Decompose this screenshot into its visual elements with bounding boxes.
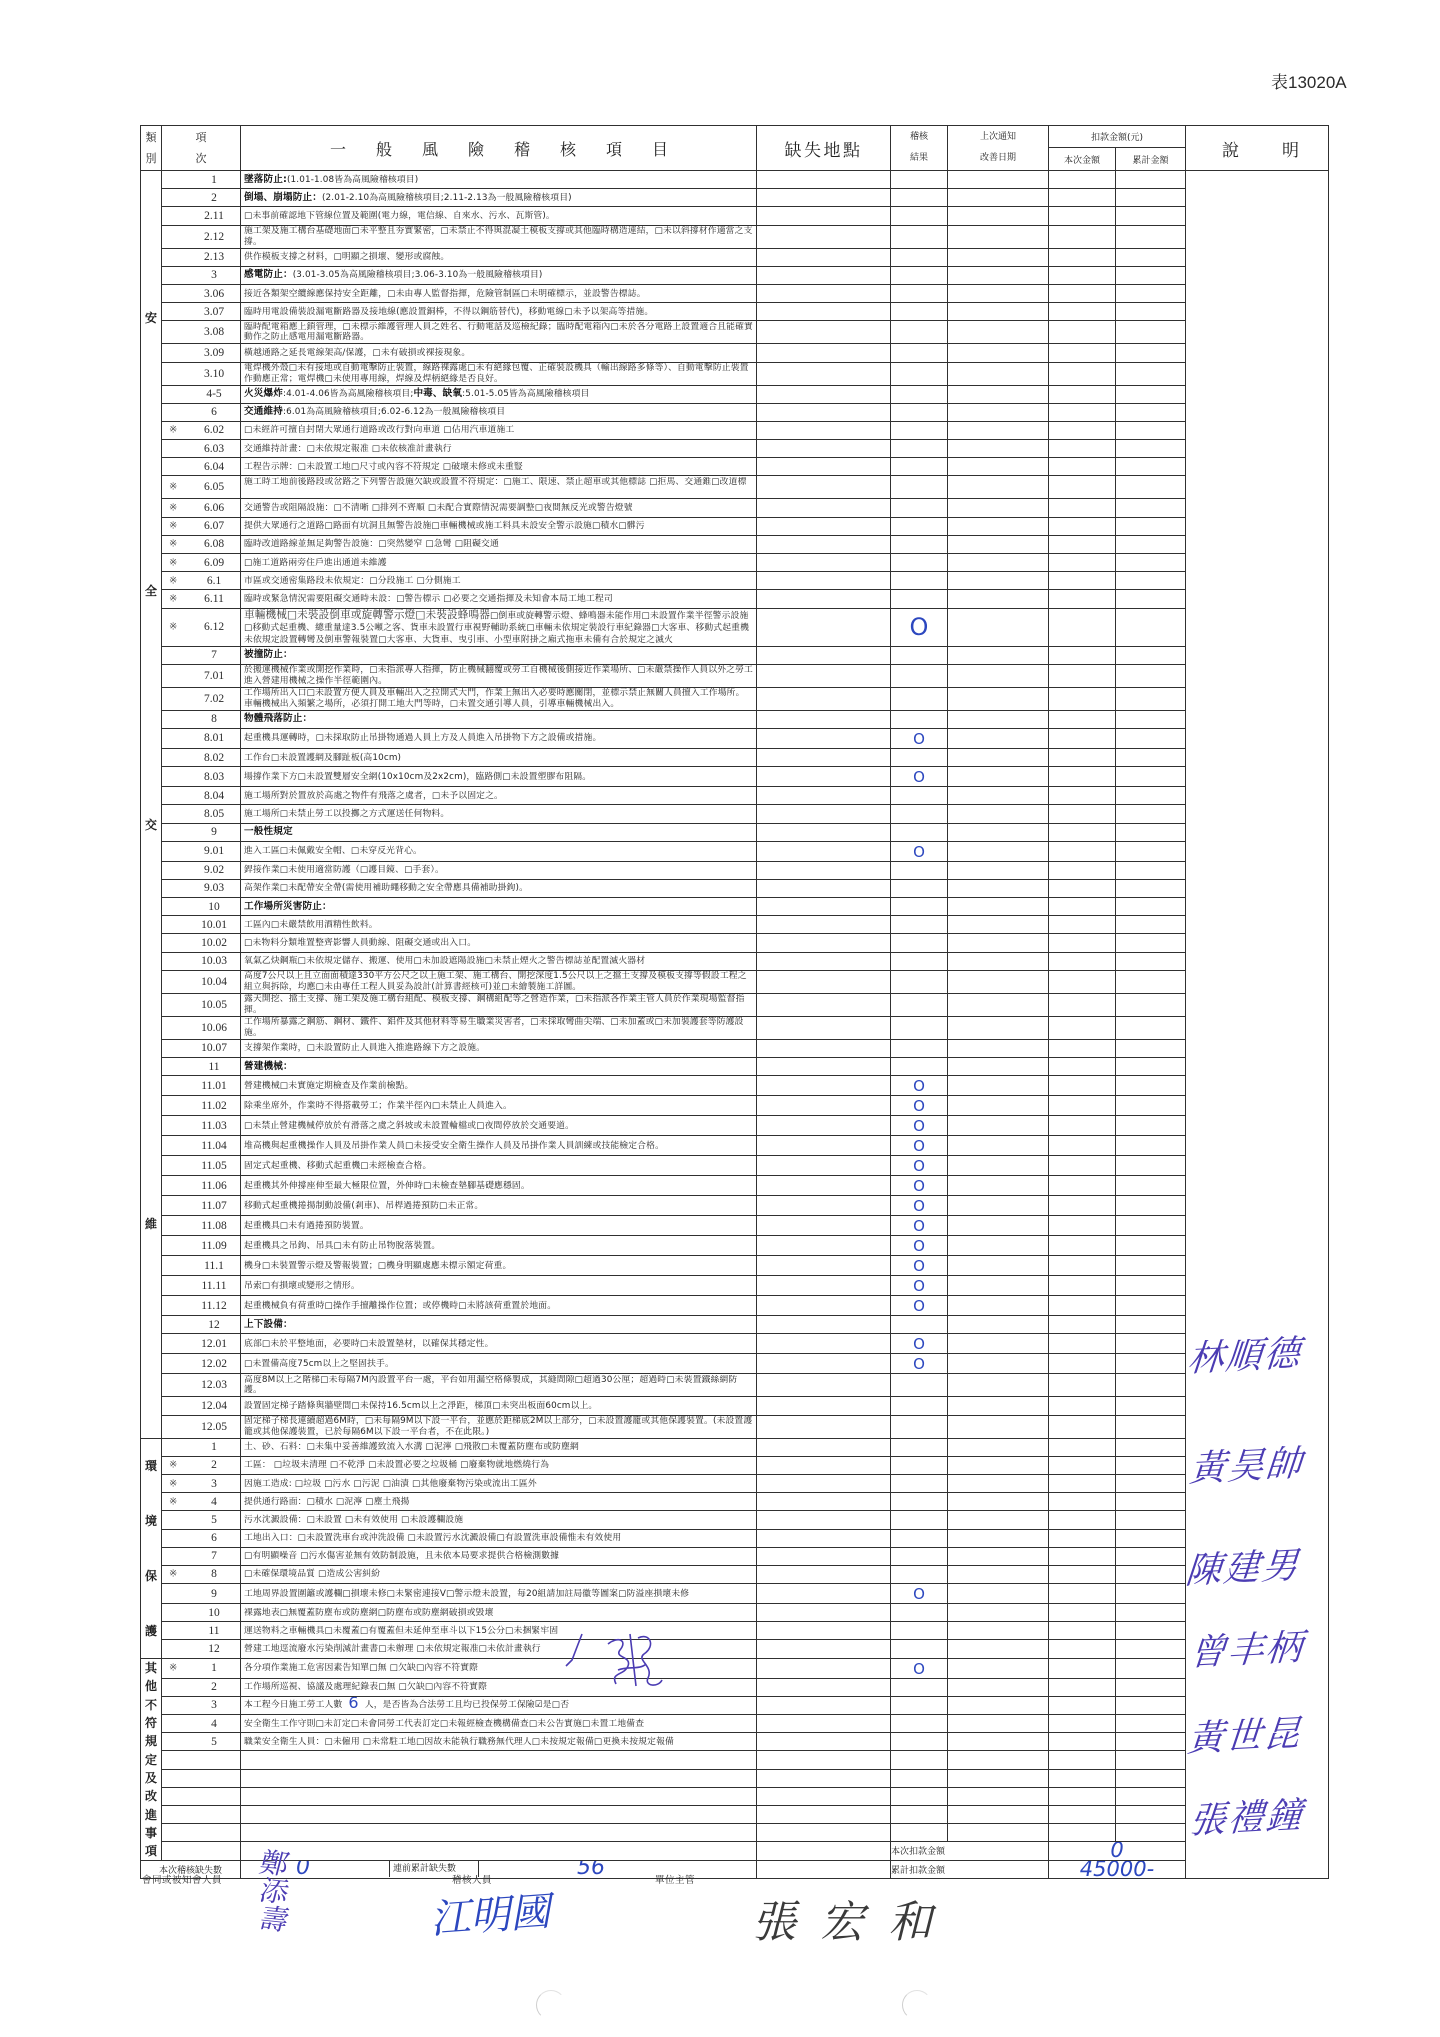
current-amount-cell[interactable] <box>1049 403 1116 421</box>
last-notice-date-cell[interactable] <box>948 1715 1049 1733</box>
audit-result-cell[interactable] <box>891 440 948 458</box>
audit-result-cell[interactable] <box>891 1678 948 1696</box>
current-amount-cell[interactable] <box>1049 1415 1116 1438</box>
item-number-cell[interactable] <box>162 1787 241 1805</box>
total-amount-cell[interactable] <box>1116 207 1186 225</box>
total-amount-cell[interactable] <box>1116 266 1186 284</box>
total-amount-cell[interactable] <box>1116 225 1186 248</box>
last-notice-date-cell[interactable] <box>948 646 1049 664</box>
audit-result-cell[interactable]: O <box>891 608 948 646</box>
audit-result-cell[interactable] <box>891 517 948 535</box>
defect-location-cell[interactable] <box>757 225 891 248</box>
total-amount-cell[interactable] <box>1116 787 1186 805</box>
current-amount-cell[interactable] <box>1049 440 1116 458</box>
current-amount-cell[interactable] <box>1049 787 1116 805</box>
audit-result-cell[interactable]: O <box>891 1076 948 1096</box>
audit-result-cell[interactable] <box>891 248 948 266</box>
defect-location-cell[interactable] <box>757 1316 891 1334</box>
current-amount-cell[interactable] <box>1049 1824 1116 1842</box>
total-amount-cell[interactable] <box>1116 385 1186 403</box>
audit-result-cell[interactable] <box>891 1622 948 1640</box>
total-amount-cell[interactable] <box>1116 993 1186 1016</box>
current-amount-cell[interactable] <box>1049 362 1116 385</box>
item-number-cell[interactable] <box>162 1769 241 1787</box>
total-amount-cell[interactable] <box>1116 1640 1186 1658</box>
current-amount-cell[interactable] <box>1049 1156 1116 1176</box>
current-amount-cell[interactable] <box>1049 767 1116 787</box>
current-amount-cell[interactable] <box>1049 952 1116 970</box>
audit-result-cell[interactable] <box>891 687 948 710</box>
current-amount-cell[interactable] <box>1049 664 1116 687</box>
current-amount-cell[interactable] <box>1049 1116 1116 1136</box>
defect-location-cell[interactable] <box>757 1547 891 1565</box>
total-amount-cell[interactable] <box>1116 879 1186 897</box>
last-notice-date-cell[interactable] <box>948 499 1049 517</box>
total-amount-cell[interactable] <box>1116 362 1186 385</box>
current-amount-cell[interactable] <box>1049 1354 1116 1374</box>
last-notice-date-cell[interactable] <box>948 476 1049 499</box>
total-amount-cell[interactable] <box>1116 344 1186 362</box>
defect-location-cell[interactable] <box>757 1511 891 1529</box>
defect-location-cell[interactable] <box>757 1529 891 1547</box>
defect-location-cell[interactable] <box>757 841 891 861</box>
defect-location-cell[interactable] <box>757 1374 891 1397</box>
total-amount-cell[interactable] <box>1116 728 1186 748</box>
total-amount-cell[interactable] <box>1116 403 1186 421</box>
last-notice-date-cell[interactable] <box>948 303 1049 321</box>
current-amount-cell[interactable] <box>1049 861 1116 879</box>
audit-result-cell[interactable] <box>891 1733 948 1751</box>
defect-location-cell[interactable] <box>757 664 891 687</box>
defect-location-cell[interactable] <box>757 916 891 934</box>
audit-result-cell[interactable]: O <box>891 1354 948 1374</box>
defect-location-cell[interactable] <box>757 1456 891 1474</box>
defect-location-cell[interactable] <box>757 1216 891 1236</box>
total-amount-cell[interactable] <box>1116 1354 1186 1374</box>
total-amount-cell[interactable] <box>1116 458 1186 476</box>
total-amount-cell[interactable] <box>1116 499 1186 517</box>
total-amount-cell[interactable] <box>1116 1316 1186 1334</box>
audit-result-cell[interactable] <box>891 421 948 439</box>
audit-result-cell[interactable] <box>891 1824 948 1842</box>
defect-location-cell[interactable] <box>757 1842 891 1860</box>
defect-location-cell[interactable] <box>757 554 891 572</box>
defect-location-cell[interactable] <box>757 1678 891 1696</box>
item-number-cell[interactable] <box>162 1805 241 1823</box>
current-amount-cell[interactable] <box>1049 1787 1116 1805</box>
last-notice-date-cell[interactable] <box>948 710 1049 728</box>
audit-result-cell[interactable] <box>891 344 948 362</box>
current-amount-cell[interactable] <box>1049 1493 1116 1511</box>
total-amount-cell[interactable] <box>1116 189 1186 207</box>
defect-location-cell[interactable] <box>757 476 891 499</box>
total-amount-cell[interactable] <box>1116 748 1186 766</box>
current-amount-cell[interactable] <box>1049 421 1116 439</box>
last-notice-date-cell[interactable] <box>948 1296 1049 1316</box>
current-amount-cell[interactable] <box>1049 1511 1116 1529</box>
defect-location-cell[interactable] <box>757 1474 891 1492</box>
total-amount-cell[interactable] <box>1116 321 1186 344</box>
defect-location-cell[interactable] <box>757 1176 891 1196</box>
current-amount-cell[interactable] <box>1049 728 1116 748</box>
audit-result-cell[interactable]: O <box>891 1236 948 1256</box>
total-amount-cell[interactable] <box>1116 171 1186 189</box>
defect-location-cell[interactable] <box>757 767 891 787</box>
defect-location-cell[interactable] <box>757 1256 891 1276</box>
last-notice-date-cell[interactable] <box>948 1678 1049 1696</box>
audit-result-cell[interactable] <box>891 1374 948 1397</box>
audit-result-cell[interactable] <box>891 1604 948 1622</box>
last-notice-date-cell[interactable] <box>948 1565 1049 1583</box>
last-notice-date-cell[interactable] <box>948 517 1049 535</box>
defect-location-cell[interactable] <box>757 1136 891 1156</box>
current-amount-cell[interactable] <box>1049 1076 1116 1096</box>
total-amount-cell[interactable] <box>1116 898 1186 916</box>
total-amount-cell[interactable] <box>1116 916 1186 934</box>
defect-location-cell[interactable] <box>757 362 891 385</box>
current-amount-cell[interactable] <box>1049 823 1116 841</box>
last-notice-date-cell[interactable] <box>948 1511 1049 1529</box>
current-amount-cell[interactable] <box>1049 841 1116 861</box>
last-notice-date-cell[interactable] <box>948 823 1049 841</box>
current-amount-cell[interactable] <box>1049 321 1116 344</box>
last-notice-date-cell[interactable] <box>948 225 1049 248</box>
audit-result-cell[interactable] <box>891 385 948 403</box>
last-notice-date-cell[interactable] <box>948 1374 1049 1397</box>
last-notice-date-cell[interactable] <box>948 590 1049 608</box>
last-notice-date-cell[interactable] <box>948 805 1049 823</box>
total-amount-cell[interactable] <box>1116 1296 1186 1316</box>
item-number-cell[interactable] <box>162 1751 241 1769</box>
defect-location-cell[interactable] <box>757 934 891 952</box>
last-notice-date-cell[interactable] <box>948 1316 1049 1334</box>
defects-cumulative-field[interactable]: 56 <box>479 1861 756 1877</box>
current-amount-cell[interactable] <box>1049 1696 1116 1714</box>
audit-result-cell[interactable]: O <box>891 1658 948 1678</box>
last-notice-date-cell[interactable] <box>948 934 1049 952</box>
last-notice-date-cell[interactable] <box>948 1733 1049 1751</box>
audit-result-cell[interactable] <box>891 590 948 608</box>
defect-location-cell[interactable] <box>757 1156 891 1176</box>
current-amount-cell[interactable] <box>1049 171 1116 189</box>
audit-result-cell[interactable] <box>891 1316 948 1334</box>
total-amount-cell[interactable] <box>1116 861 1186 879</box>
current-amount-cell[interactable] <box>1049 1397 1116 1415</box>
audit-result-cell[interactable] <box>891 499 948 517</box>
audit-result-cell[interactable] <box>891 1529 948 1547</box>
total-amount-cell[interactable] <box>1116 1751 1186 1769</box>
total-amount-cell[interactable] <box>1116 1415 1186 1438</box>
audit-result-cell[interactable] <box>891 458 948 476</box>
last-notice-date-cell[interactable] <box>948 861 1049 879</box>
item-description-cell[interactable] <box>241 1824 757 1842</box>
last-notice-date-cell[interactable] <box>948 748 1049 766</box>
total-amount-cell[interactable] <box>1116 1824 1186 1842</box>
item-number-cell[interactable] <box>162 1824 241 1842</box>
last-notice-date-cell[interactable] <box>948 440 1049 458</box>
total-amount-cell[interactable] <box>1116 646 1186 664</box>
last-notice-date-cell[interactable] <box>948 1456 1049 1474</box>
last-notice-date-cell[interactable] <box>948 1769 1049 1787</box>
last-notice-date-cell[interactable] <box>948 1354 1049 1374</box>
last-notice-date-cell[interactable] <box>948 1584 1049 1604</box>
total-amount-cell[interactable] <box>1116 1604 1186 1622</box>
defect-location-cell[interactable] <box>757 403 891 421</box>
defect-location-cell[interactable] <box>757 748 891 766</box>
total-amount-cell[interactable] <box>1116 710 1186 728</box>
audit-result-cell[interactable] <box>891 916 948 934</box>
audit-result-cell[interactable] <box>891 1511 948 1529</box>
total-amount-cell[interactable] <box>1116 934 1186 952</box>
audit-result-cell[interactable]: O <box>891 1136 948 1156</box>
audit-result-cell[interactable] <box>891 1769 948 1787</box>
audit-result-cell[interactable] <box>891 861 948 879</box>
last-notice-date-cell[interactable] <box>948 1415 1049 1438</box>
defect-location-cell[interactable] <box>757 499 891 517</box>
defect-location-cell[interactable] <box>757 898 891 916</box>
audit-result-cell[interactable] <box>891 1805 948 1823</box>
audit-result-cell[interactable] <box>891 266 948 284</box>
current-amount-cell[interactable] <box>1049 687 1116 710</box>
audit-result-cell[interactable] <box>891 664 948 687</box>
audit-result-cell[interactable] <box>891 1640 948 1658</box>
last-notice-date-cell[interactable] <box>948 767 1049 787</box>
defect-location-cell[interactable] <box>757 1415 891 1438</box>
current-amount-cell[interactable] <box>1049 1216 1116 1236</box>
defect-location-cell[interactable] <box>757 1116 891 1136</box>
last-notice-date-cell[interactable] <box>948 1039 1049 1057</box>
total-amount-cell[interactable] <box>1116 440 1186 458</box>
current-amount-cell[interactable] <box>1049 1805 1116 1823</box>
current-amount-cell[interactable] <box>1049 517 1116 535</box>
current-amount-cell[interactable] <box>1049 225 1116 248</box>
last-notice-date-cell[interactable] <box>948 1397 1049 1415</box>
last-notice-date-cell[interactable] <box>948 1658 1049 1678</box>
total-amount-cell[interactable] <box>1116 1805 1186 1823</box>
total-amount-cell[interactable] <box>1116 1096 1186 1116</box>
total-amount-cell[interactable] <box>1116 1658 1186 1678</box>
defect-location-cell[interactable] <box>757 535 891 553</box>
defect-location-cell[interactable] <box>757 440 891 458</box>
defect-location-cell[interactable] <box>757 1769 891 1787</box>
total-amount-cell[interactable] <box>1116 687 1186 710</box>
total-amount-cell[interactable] <box>1116 1397 1186 1415</box>
defect-location-cell[interactable] <box>757 1039 891 1057</box>
audit-result-cell[interactable] <box>891 535 948 553</box>
total-amount-cell[interactable] <box>1116 248 1186 266</box>
defect-location-cell[interactable] <box>757 590 891 608</box>
audit-result-cell[interactable] <box>891 1474 948 1492</box>
current-amount-cell[interactable] <box>1049 303 1116 321</box>
current-amount-cell[interactable] <box>1049 1016 1116 1039</box>
total-amount-cell[interactable] <box>1116 1276 1186 1296</box>
total-amount-cell[interactable] <box>1116 1216 1186 1236</box>
audit-result-cell[interactable] <box>891 554 948 572</box>
last-notice-date-cell[interactable] <box>948 1076 1049 1096</box>
last-notice-date-cell[interactable] <box>948 1136 1049 1156</box>
defect-location-cell[interactable] <box>757 1076 891 1096</box>
defect-location-cell[interactable] <box>757 646 891 664</box>
audit-result-cell[interactable]: O <box>891 1156 948 1176</box>
defect-location-cell[interactable] <box>757 344 891 362</box>
last-notice-date-cell[interactable] <box>948 1276 1049 1296</box>
audit-result-cell[interactable] <box>891 1397 948 1415</box>
audit-result-cell[interactable] <box>891 1039 948 1057</box>
last-notice-date-cell[interactable] <box>948 993 1049 1016</box>
defect-location-cell[interactable] <box>757 952 891 970</box>
audit-result-cell[interactable] <box>891 952 948 970</box>
last-notice-date-cell[interactable] <box>948 1529 1049 1547</box>
current-amount-cell[interactable] <box>1049 1733 1116 1751</box>
last-notice-date-cell[interactable] <box>948 608 1049 646</box>
last-notice-date-cell[interactable] <box>948 458 1049 476</box>
item-description-cell[interactable] <box>241 1805 757 1823</box>
defect-location-cell[interactable] <box>757 171 891 189</box>
defect-location-cell[interactable] <box>757 1438 891 1456</box>
total-amount-cell[interactable] <box>1116 476 1186 499</box>
current-amount-cell[interactable] <box>1049 1276 1116 1296</box>
audit-result-cell[interactable] <box>891 879 948 897</box>
last-notice-date-cell[interactable] <box>948 189 1049 207</box>
last-notice-date-cell[interactable] <box>948 385 1049 403</box>
total-amount-cell[interactable] <box>1116 1196 1186 1216</box>
defect-location-cell[interactable] <box>757 1296 891 1316</box>
current-amount-cell[interactable] <box>1049 1769 1116 1787</box>
total-amount-cell[interactable] <box>1116 1529 1186 1547</box>
defect-location-cell[interactable] <box>757 1334 891 1354</box>
current-amount-cell[interactable] <box>1049 1456 1116 1474</box>
defect-location-cell[interactable] <box>757 458 891 476</box>
current-amount-cell[interactable] <box>1049 993 1116 1016</box>
defect-location-cell[interactable] <box>757 1622 891 1640</box>
defect-location-cell[interactable] <box>757 284 891 302</box>
current-amount-cell[interactable] <box>1049 1565 1116 1583</box>
current-amount-cell[interactable] <box>1049 1751 1116 1769</box>
audit-result-cell[interactable] <box>891 898 948 916</box>
defect-location-cell[interactable] <box>757 303 891 321</box>
audit-result-cell[interactable] <box>891 171 948 189</box>
defect-location-cell[interactable] <box>757 1604 891 1622</box>
defect-location-cell[interactable] <box>757 1236 891 1256</box>
last-notice-date-cell[interactable] <box>948 1216 1049 1236</box>
audit-result-cell[interactable] <box>891 1565 948 1583</box>
item-description-cell[interactable] <box>241 1787 757 1805</box>
total-amount-cell[interactable] <box>1116 1116 1186 1136</box>
audit-result-cell[interactable] <box>891 1058 948 1076</box>
audit-result-cell[interactable] <box>891 1438 948 1456</box>
last-notice-date-cell[interactable] <box>948 1696 1049 1714</box>
defect-location-cell[interactable] <box>757 207 891 225</box>
current-amount-cell[interactable] <box>1049 1715 1116 1733</box>
current-amount-cell[interactable] <box>1049 1438 1116 1456</box>
last-notice-date-cell[interactable] <box>948 1236 1049 1256</box>
audit-result-cell[interactable] <box>891 823 948 841</box>
current-amount-cell[interactable] <box>1049 266 1116 284</box>
defect-location-cell[interactable] <box>757 970 891 993</box>
current-amount-cell[interactable] <box>1049 1529 1116 1547</box>
last-notice-date-cell[interactable] <box>948 1096 1049 1116</box>
last-notice-date-cell[interactable] <box>948 1334 1049 1354</box>
current-amount-cell[interactable] <box>1049 1640 1116 1658</box>
current-amount-cell[interactable] <box>1049 1236 1116 1256</box>
audit-result-cell[interactable]: O <box>891 1216 948 1236</box>
defect-location-cell[interactable] <box>757 1733 891 1751</box>
current-amount-cell[interactable] <box>1049 1622 1116 1640</box>
current-amount-cell[interactable] <box>1049 970 1116 993</box>
defect-location-cell[interactable] <box>757 321 891 344</box>
audit-result-cell[interactable] <box>891 189 948 207</box>
audit-result-cell[interactable] <box>891 993 948 1016</box>
current-amount-cell[interactable] <box>1049 879 1116 897</box>
current-amount-cell[interactable] <box>1049 1658 1116 1678</box>
audit-result-cell[interactable]: O <box>891 1256 948 1276</box>
last-notice-date-cell[interactable] <box>948 344 1049 362</box>
total-amount-cell[interactable] <box>1116 1236 1186 1256</box>
current-amount-cell[interactable] <box>1049 1196 1116 1216</box>
defect-location-cell[interactable] <box>757 1565 891 1583</box>
last-notice-date-cell[interactable] <box>948 1751 1049 1769</box>
last-notice-date-cell[interactable] <box>948 879 1049 897</box>
current-amount-cell[interactable] <box>1049 1334 1116 1354</box>
audit-result-cell[interactable] <box>891 362 948 385</box>
audit-result-cell[interactable] <box>891 1456 948 1474</box>
defect-location-cell[interactable] <box>757 517 891 535</box>
last-notice-date-cell[interactable] <box>948 421 1049 439</box>
current-amount-cell[interactable] <box>1049 344 1116 362</box>
audit-result-cell[interactable] <box>891 787 948 805</box>
audit-result-cell[interactable] <box>891 403 948 421</box>
last-notice-date-cell[interactable] <box>948 1604 1049 1622</box>
defect-location-cell[interactable] <box>757 728 891 748</box>
current-amount-cell[interactable] <box>1049 1096 1116 1116</box>
current-amount-cell[interactable] <box>1049 1316 1116 1334</box>
defect-location-cell[interactable] <box>757 1493 891 1511</box>
last-notice-date-cell[interactable] <box>948 916 1049 934</box>
current-amount-cell[interactable] <box>1049 248 1116 266</box>
total-amount-cell[interactable] <box>1116 1016 1186 1039</box>
current-amount-cell[interactable] <box>1049 1474 1116 1492</box>
total-amount-cell[interactable] <box>1116 535 1186 553</box>
total-amount-cell[interactable] <box>1116 421 1186 439</box>
defect-location-cell[interactable] <box>757 266 891 284</box>
total-amount-cell[interactable] <box>1116 1136 1186 1156</box>
defect-location-cell[interactable] <box>757 1196 891 1216</box>
audit-result-cell[interactable]: O <box>891 1196 948 1216</box>
last-notice-date-cell[interactable] <box>948 952 1049 970</box>
defect-location-cell[interactable] <box>757 1640 891 1658</box>
last-notice-date-cell[interactable] <box>948 1805 1049 1823</box>
total-amount-cell[interactable] <box>1116 823 1186 841</box>
total-amount-cell[interactable] <box>1116 841 1186 861</box>
last-notice-date-cell[interactable] <box>948 535 1049 553</box>
audit-result-cell[interactable] <box>891 1493 948 1511</box>
audit-result-cell[interactable]: O <box>891 1116 948 1136</box>
current-amount-cell[interactable] <box>1049 284 1116 302</box>
defect-location-cell[interactable] <box>757 879 891 897</box>
current-amount-cell[interactable] <box>1049 1547 1116 1565</box>
total-amount-cell[interactable] <box>1116 1565 1186 1583</box>
current-amount-cell[interactable] <box>1049 1039 1116 1057</box>
defect-location-cell[interactable] <box>757 572 891 590</box>
last-notice-date-cell[interactable] <box>948 1474 1049 1492</box>
last-notice-date-cell[interactable] <box>948 248 1049 266</box>
last-notice-date-cell[interactable] <box>948 841 1049 861</box>
total-amount-cell[interactable] <box>1116 1733 1186 1751</box>
total-amount-cell[interactable] <box>1116 1076 1186 1096</box>
last-notice-date-cell[interactable] <box>948 1016 1049 1039</box>
total-amount-cell[interactable] <box>1116 664 1186 687</box>
audit-result-cell[interactable] <box>891 284 948 302</box>
